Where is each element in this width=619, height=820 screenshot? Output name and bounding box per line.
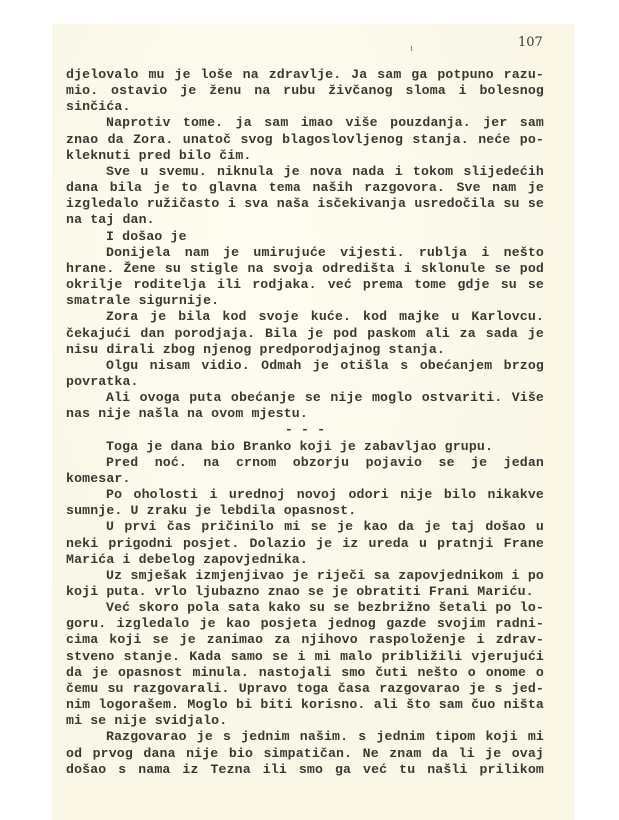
section-separator: - - -: [66, 422, 544, 438]
text-line: da je opasnost minula. nastojali smo čut…: [66, 665, 544, 681]
text-line: od prvog dana nije bio simpatičan. Ne zn…: [66, 746, 544, 762]
text-line: Sve u svemu. niknula je nova nada i toko…: [66, 164, 544, 180]
text-line: nim logorašem. Moglo bi biti korisno. al…: [66, 697, 544, 713]
text-line: koji puta. vrlo ljubazno znao se je obra…: [66, 584, 544, 600]
print-speck: [411, 46, 412, 51]
text-line: smatrale sigurnije.: [66, 293, 544, 309]
text-line: čemu su razgovarali. Upravo toga časa ra…: [66, 681, 544, 697]
text-line: Već skoro pola sata kako su se bezbrižno…: [66, 600, 544, 616]
text-line: goru. izgledalo je kao posjeta jednog ga…: [66, 616, 544, 632]
text-line: djelovalo mu je loše na zdravlje. Ja sam…: [66, 67, 544, 83]
text-line: okrilje roditelja ili rodjaka. već prema…: [66, 277, 544, 293]
text-line: U prvi čas pričinilo mi se je kao da je …: [66, 519, 544, 535]
text-line: komesar.: [66, 471, 544, 487]
text-line: nas nije našla na ovom mjestu.: [66, 406, 544, 422]
text-line: Zora je bila kod svoje kuće. kod majke u…: [66, 309, 544, 325]
text-line: Pred noć. na crnom obzorju pojavio se je…: [66, 455, 544, 471]
text-line: nisu dirali zbog njenog predporodjajnog …: [66, 342, 544, 358]
text-line: Marića i debelog zapovjednika.: [66, 552, 544, 568]
text-line: Razgovarao je s jednim našim. s jednim t…: [66, 729, 544, 745]
text-line: cima koji se je zanimao za njihovo raspo…: [66, 632, 544, 648]
text-line: Po oholosti i urednoj novoj odori nije b…: [66, 487, 544, 503]
text-line: Toga je dana bio Branko koji je zabavlja…: [66, 439, 544, 455]
text-line: izgledalo ružičasto i sva naša isčekivan…: [66, 196, 544, 212]
text-line: mio. ostavio je ženu na rubu živčanog sl…: [66, 83, 544, 99]
text-line: Ali ovoga puta obećanje se nije moglo os…: [66, 390, 544, 406]
text-line: mi se nije svidjalo.: [66, 713, 544, 729]
text-line: kleknuti pred bilo čim.: [66, 148, 544, 164]
text-line: hrane. Žene su stigle na svoja odredišta…: [66, 261, 544, 277]
text-line: Olgu nisam vidio. Odmah je otišla s obeć…: [66, 358, 544, 374]
text-line: sinčića.: [66, 99, 544, 115]
text-line: dana bila je to glavna tema naših razgov…: [66, 180, 544, 196]
text-line: neki prigodni posjet. Dolazio je iz ured…: [66, 536, 544, 552]
book-page: 107 djelovalo mu je loše na zdravlje. Ja…: [52, 24, 574, 820]
text-line: znao da Zora. unatoč svog blagoslovljeno…: [66, 132, 544, 148]
text-line: došao s nama iz Tezna ili smo ga već tu …: [66, 762, 544, 778]
text-line: Donijela nam je umirujuće vijesti. rublj…: [66, 245, 544, 261]
text-line: Naprotiv tome. ja sam imao više pouzdanj…: [66, 115, 544, 131]
text-line: stveno stanje. Kada samo se i mi malo pr…: [66, 649, 544, 665]
page-number: 107: [518, 35, 543, 50]
text-line: povratka.: [66, 374, 544, 390]
page-body-text: djelovalo mu je loše na zdravlje. Ja sam…: [66, 67, 544, 778]
text-line: sumnje. U zraku je lebdila opasnost.: [66, 503, 544, 519]
text-line: I došao je: [66, 229, 544, 245]
text-line: na taj dan.: [66, 212, 544, 228]
text-line: Uz smješak izmjenjivao je riječi sa zapo…: [66, 568, 544, 584]
text-line: čekajući dan porodjaja. Bila je pod pask…: [66, 326, 544, 342]
